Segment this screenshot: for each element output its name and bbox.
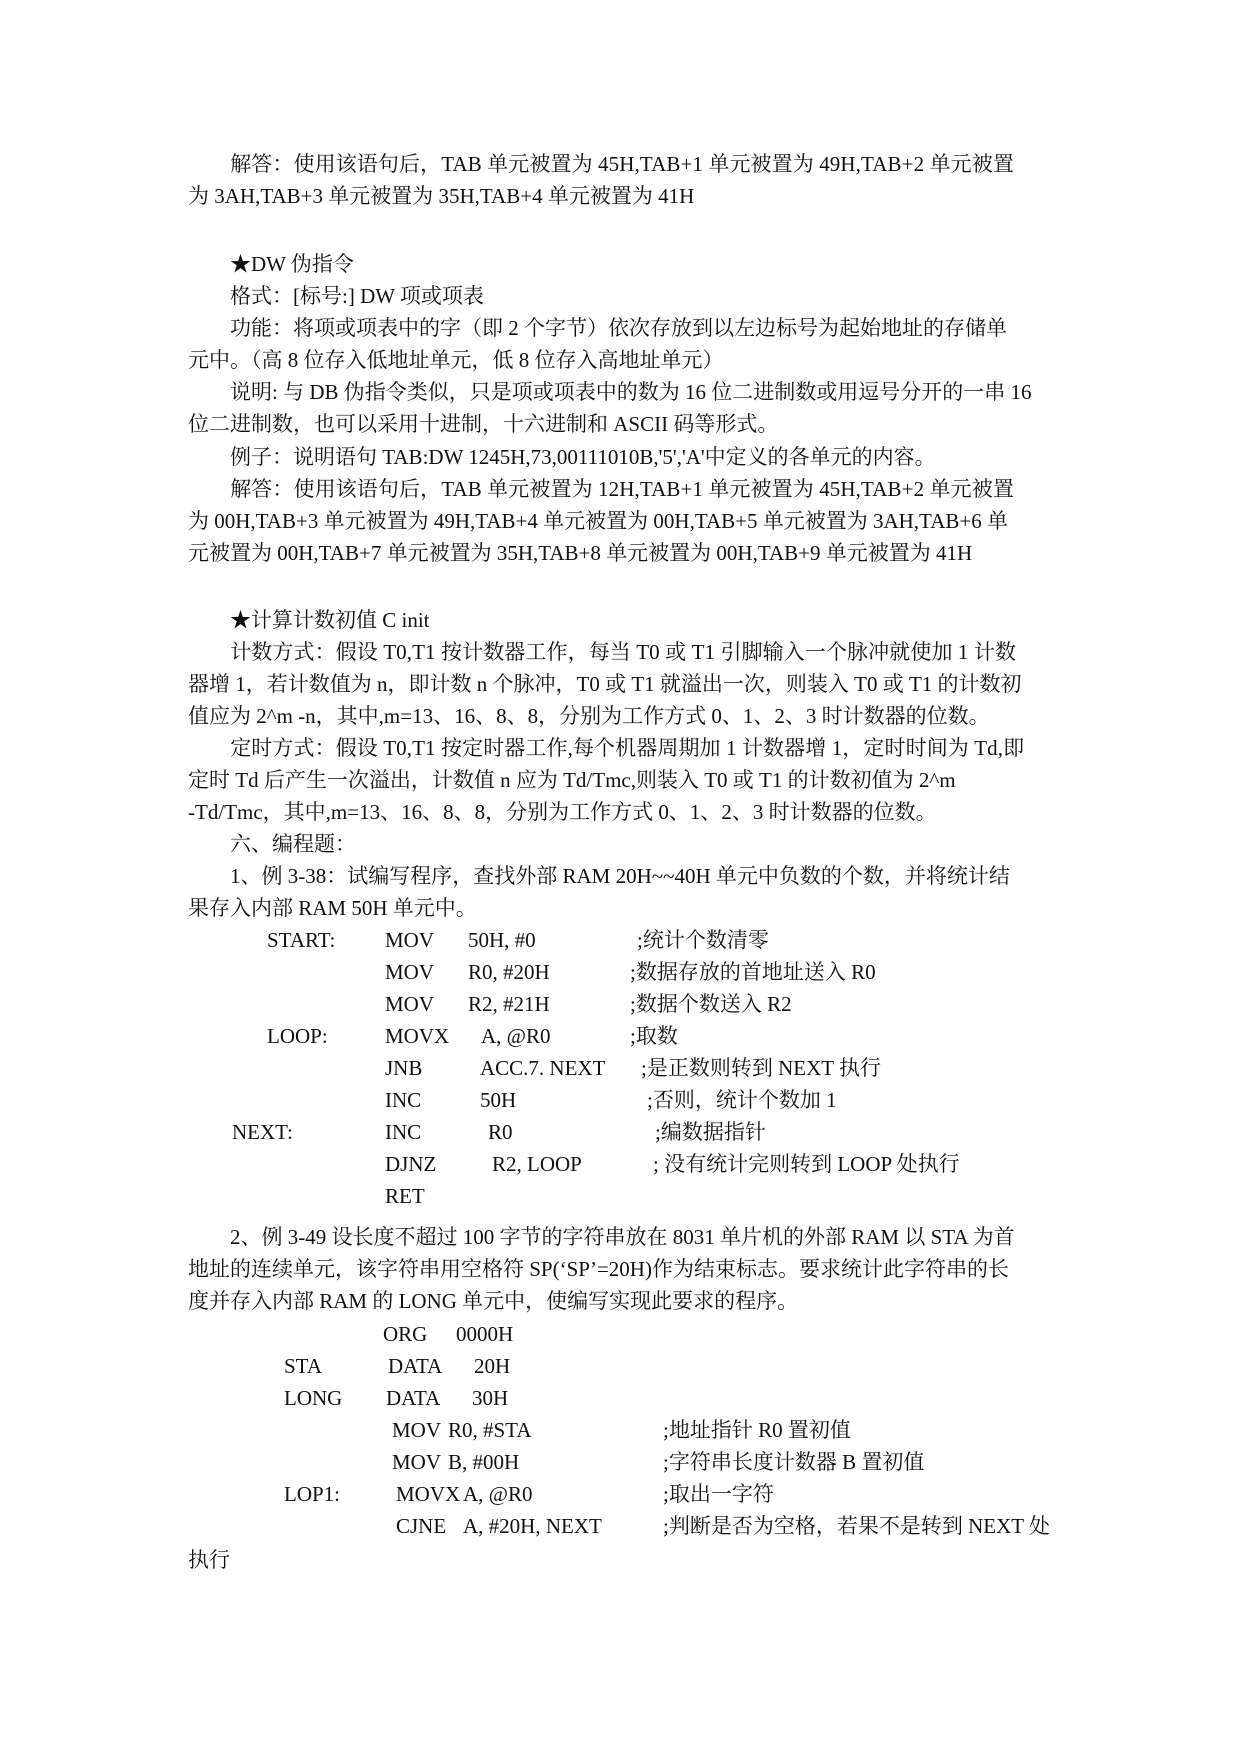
text-line: 解答：使用该语句后，TAB 单元被置为 45H,TAB+1 单元被置为 49H,… bbox=[188, 150, 1060, 178]
text-line: 定时方式：假设 T0,T1 按定时器工作,每个机器周期加 1 计数器增 1，定时… bbox=[188, 734, 1060, 762]
text-line: 格式：[标号:] DW 项或项表 bbox=[188, 282, 1060, 310]
code-mnemonic: MOV bbox=[392, 1448, 441, 1476]
code-comment: ;否则，统计个数加 1 bbox=[647, 1086, 837, 1114]
code-label: LOP1: bbox=[284, 1480, 340, 1508]
code-comment: ;取出一字符 bbox=[663, 1480, 774, 1508]
code-mnemonic: MOV bbox=[392, 1416, 441, 1444]
code-mnemonic: DATA bbox=[386, 1384, 440, 1412]
text-line: ★计算计数初值 C init bbox=[188, 606, 1060, 634]
code-comment: ;判断是否为空格，若果不是转到 NEXT 处 bbox=[663, 1512, 1050, 1540]
code-operand: 50H, #0 bbox=[468, 926, 536, 954]
code-mnemonic: ORG bbox=[383, 1320, 427, 1348]
code-comment: ;数据存放的首地址送入 R0 bbox=[630, 958, 876, 986]
text-line: 2、例 3-49 设长度不超过 100 字节的字符串放在 8031 单片机的外部… bbox=[188, 1223, 1060, 1251]
text-line: 元被置为 00H,TAB+7 单元被置为 35H,TAB+8 单元被置为 00H… bbox=[188, 539, 1060, 567]
code-operand: 0000H bbox=[456, 1320, 513, 1348]
text-line: 度并存入内部 RAM 的 LONG 单元中，使编写实现此要求的程序。 bbox=[188, 1287, 1060, 1315]
text-line: 功能：将项或项表中的字（即 2 个字节）依次存放到以左边标号为起始地址的存储单 bbox=[188, 314, 1060, 342]
code-mnemonic: JNB bbox=[385, 1054, 422, 1082]
text-line: 地址的连续单元，该字符串用空格符 SP(‘SP’=20H)作为结束标志。要求统计… bbox=[188, 1255, 1060, 1283]
code-label: START: bbox=[267, 926, 335, 954]
text-line: 1、例 3-38：试编写程序，查找外部 RAM 20H~~40H 单元中负数的个… bbox=[188, 862, 1060, 890]
code-comment: ;字符串长度计数器 B 置初值 bbox=[663, 1448, 924, 1476]
code-mnemonic: MOVX bbox=[385, 1022, 449, 1050]
code-operand: A, #20H, NEXT bbox=[463, 1512, 602, 1540]
code-operand: ACC.7. NEXT bbox=[480, 1054, 605, 1082]
code-operand: 20H bbox=[474, 1352, 510, 1380]
code-comment: ;是正数则转到 NEXT 执行 bbox=[641, 1054, 881, 1082]
text-line: 例子：说明语句 TAB:DW 1245H,73,00111010B,'5','A… bbox=[188, 443, 1060, 471]
code-label: STA bbox=[284, 1352, 322, 1380]
text-line: ★DW 伪指令 bbox=[188, 250, 1060, 278]
code-operand: 30H bbox=[472, 1384, 508, 1412]
code-comment: ;地址指针 R0 置初值 bbox=[663, 1416, 851, 1444]
code-mnemonic: INC bbox=[385, 1086, 421, 1114]
code-operand: R0, #STA bbox=[448, 1416, 532, 1444]
text-line: 果存入内部 RAM 50H 单元中。 bbox=[188, 894, 1060, 922]
text-line: 位二进制数，也可以采用十进制，十六进制和 ASCII 码等形式。 bbox=[188, 410, 1060, 438]
text-line: 为 3AH,TAB+3 单元被置为 35H,TAB+4 单元被置为 41H bbox=[188, 182, 1060, 210]
code-mnemonic: RET bbox=[385, 1182, 425, 1210]
code-mnemonic: MOV bbox=[385, 958, 434, 986]
code-operand: B, #00H bbox=[448, 1448, 519, 1476]
text-line: -Td/Tmc，其中,m=13、16、8、8，分别为工作方式 0、1、2、3 时… bbox=[188, 798, 1060, 826]
text-line: 解答：使用该语句后，TAB 单元被置为 12H,TAB+1 单元被置为 45H,… bbox=[188, 475, 1060, 503]
code-comment: ; 没有统计完则转到 LOOP 处执行 bbox=[653, 1150, 960, 1178]
text-line: 值应为 2^m -n，其中,m=13、16、8、8，分别为工作方式 0、1、2、… bbox=[188, 702, 1060, 730]
text-line: 定时 Td 后产生一次溢出，计数值 n 应为 Td/Tmc,则装入 T0 或 T… bbox=[188, 766, 1060, 794]
text-line: 说明: 与 DB 伪指令类似，只是项或项表中的数为 16 位二进制数或用逗号分开… bbox=[188, 378, 1060, 406]
text-line: 器增 1，若计数值为 n，即计数 n 个脉冲，T0 或 T1 就溢出一次，则装入… bbox=[188, 670, 1060, 698]
text-line: 为 00H,TAB+3 单元被置为 49H,TAB+4 单元被置为 00H,TA… bbox=[188, 507, 1060, 535]
code-operand: R2, #21H bbox=[468, 990, 550, 1018]
code-operand: R0 bbox=[488, 1118, 513, 1146]
code-comment: ;编数据指针 bbox=[655, 1118, 766, 1146]
code-mnemonic: MOV bbox=[385, 926, 434, 954]
code-comment: ;数据个数送入 R2 bbox=[630, 990, 792, 1018]
text-line: 执行 bbox=[188, 1546, 1060, 1574]
text-line: 六、编程题： bbox=[188, 830, 1060, 858]
code-operand: R0, #20H bbox=[468, 958, 550, 986]
code-label: LOOP: bbox=[267, 1022, 328, 1050]
code-mnemonic: MOVX bbox=[396, 1480, 460, 1508]
code-operand: R2, LOOP bbox=[492, 1150, 582, 1178]
code-comment: ;取数 bbox=[630, 1022, 678, 1050]
code-comment: ;统计个数清零 bbox=[637, 926, 769, 954]
code-mnemonic: DJNZ bbox=[385, 1150, 436, 1178]
code-mnemonic: DATA bbox=[388, 1352, 442, 1380]
text-line: 元中。（高 8 位存入低地址单元，低 8 位存入高地址单元） bbox=[188, 346, 1060, 374]
code-operand: A, @R0 bbox=[481, 1022, 551, 1050]
code-label: LONG bbox=[284, 1384, 342, 1412]
code-mnemonic: CJNE bbox=[396, 1512, 446, 1540]
code-operand: 50H bbox=[480, 1086, 516, 1114]
code-operand: A, @R0 bbox=[463, 1480, 533, 1508]
code-mnemonic: MOV bbox=[385, 990, 434, 1018]
code-mnemonic: INC bbox=[385, 1118, 421, 1146]
text-line: 计数方式：假设 T0,T1 按计数器工作，每当 T0 或 T1 引脚输入一个脉冲… bbox=[188, 638, 1060, 666]
code-label: NEXT: bbox=[232, 1118, 293, 1146]
